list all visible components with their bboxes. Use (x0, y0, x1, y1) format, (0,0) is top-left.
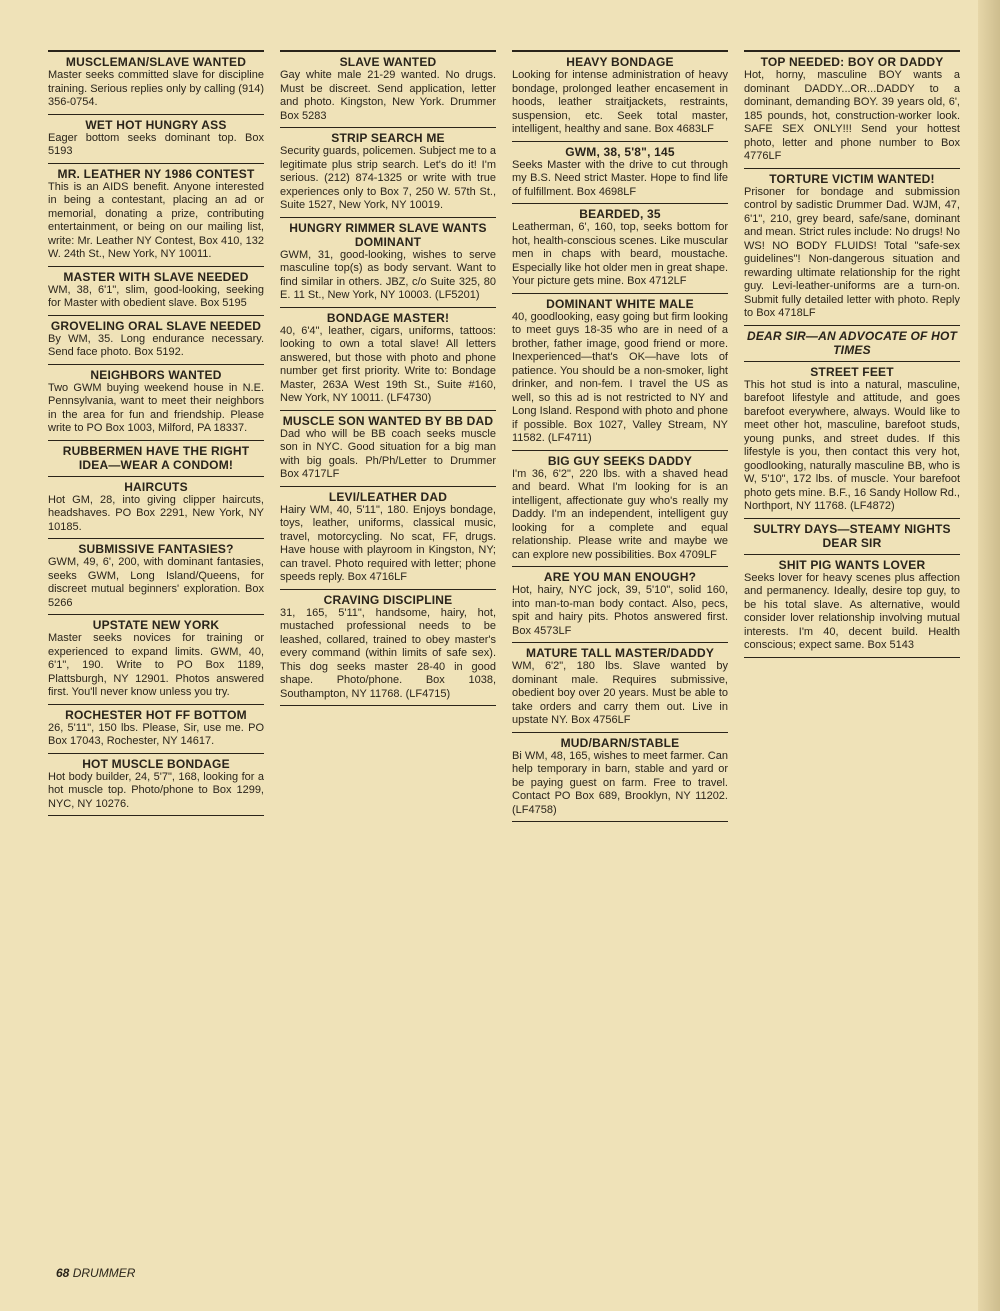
classified-ad: SHIT PIG WANTS LOVERSeeks lover for heav… (744, 555, 960, 658)
classified-ad: STREET FEETThis hot stud is into a natur… (744, 362, 960, 519)
ad-heading: MUSCLE SON WANTED BY BB DAD (280, 414, 496, 428)
ad-heading: CRAVING DISCIPLINE (280, 593, 496, 607)
ad-heading: MR. LEATHER NY 1986 CONTEST (48, 167, 264, 181)
classified-ad: MATURE TALL MASTER/DADDYWM, 6'2", 180 lb… (512, 643, 728, 733)
classified-ad: MUD/BARN/STABLEBi WM, 48, 165, wishes to… (512, 733, 728, 823)
ad-heading: MUD/BARN/STABLE (512, 736, 728, 750)
ad-heading: DOMINANT WHITE MALE (512, 297, 728, 311)
classified-ad: GWM, 38, 5'8", 145Seeks Master with the … (512, 142, 728, 205)
ad-body: WM, 6'2", 180 lbs. Slave wanted by domin… (512, 660, 728, 728)
ad-heading: UPSTATE NEW YORK (48, 618, 264, 632)
ad-body: Gay white male 21-29 wanted. No drugs. M… (280, 69, 496, 123)
ad-heading: BEARDED, 35 (512, 207, 728, 221)
ad-heading: RUBBERMEN HAVE THE RIGHT IDEA—WEAR A CON… (48, 444, 264, 472)
ad-heading: STRIP SEARCH ME (280, 131, 496, 145)
classified-ad: ARE YOU MAN ENOUGH?Hot, hairy, NYC jock,… (512, 567, 728, 643)
ad-body: 40, goodlooking, easy going but firm loo… (512, 311, 728, 446)
ad-body: 40, 6'4", leather, cigars, uniforms, tat… (280, 325, 496, 406)
ad-heading: STREET FEET (744, 365, 960, 379)
classified-ad: MUSCLE SON WANTED BY BB DADDad who will … (280, 411, 496, 487)
ad-body: Master seeks committed slave for discipl… (48, 69, 264, 110)
classified-ad: TOP NEEDED: BOY OR DADDYHot, horny, masc… (744, 52, 960, 169)
ad-body: WM, 38, 6'1", slim, good-looking, seekin… (48, 284, 264, 311)
ad-body: Two GWM buying weekend house in N.E. Pen… (48, 382, 264, 436)
ad-heading: TORTURE VICTIM WANTED! (744, 172, 960, 186)
ad-body: By WM, 35. Long endurance necessary. Sen… (48, 333, 264, 360)
ad-heading: NEIGHBORS WANTED (48, 368, 264, 382)
ad-heading: BONDAGE MASTER! (280, 311, 496, 325)
ad-heading: LEVI/LEATHER DAD (280, 490, 496, 504)
classifieds-columns: MUSCLEMAN/SLAVE WANTEDMaster seeks commi… (48, 50, 960, 822)
classified-ad: CRAVING DISCIPLINE31, 165, 5'11", handso… (280, 590, 496, 707)
ad-body: I'm 36, 6'2", 220 lbs. with a shaved hea… (512, 468, 728, 563)
classified-ad: BIG GUY SEEKS DADDYI'm 36, 6'2", 220 lbs… (512, 451, 728, 568)
ad-body: GWM, 31, good-looking, wishes to serve m… (280, 249, 496, 303)
classified-ad: HOT MUSCLE BONDAGEHot body builder, 24, … (48, 754, 264, 817)
ad-body: Leatherman, 6', 160, top, seeks bottom f… (512, 221, 728, 289)
ad-heading: HOT MUSCLE BONDAGE (48, 757, 264, 771)
ad-heading: SULTRY DAYS—STEAMY NIGHTS DEAR SIR (744, 522, 960, 550)
classified-ad: HEAVY BONDAGELooking for intense adminis… (512, 52, 728, 142)
ad-body: Hot body builder, 24, 5'7", 168, looking… (48, 771, 264, 812)
ad-body: This hot stud is into a natural, masculi… (744, 379, 960, 514)
classified-ad: ROCHESTER HOT FF BOTTOM26, 5'11", 150 lb… (48, 705, 264, 754)
ad-heading: TOP NEEDED: BOY OR DADDY (744, 55, 960, 69)
page-footer: 68 DRUMMER (56, 1266, 135, 1280)
ad-heading: WET HOT HUNGRY ASS (48, 118, 264, 132)
ad-body: Security guards, policemen. Subject me t… (280, 145, 496, 213)
ad-heading: DEAR SIR—AN ADVOCATE OF HOT TIMES (744, 329, 960, 357)
ad-body: 31, 165, 5'11", handsome, hairy, hot, mu… (280, 607, 496, 702)
classified-ad: NEIGHBORS WANTEDTwo GWM buying weekend h… (48, 365, 264, 441)
classified-ad: SUBMISSIVE FANTASIES?GWM, 49, 6', 200, w… (48, 539, 264, 615)
column-4: TOP NEEDED: BOY OR DADDYHot, horny, masc… (744, 50, 960, 822)
classified-ad: BONDAGE MASTER!40, 6'4", leather, cigars… (280, 308, 496, 411)
classified-ad: LEVI/LEATHER DADHairy WM, 40, 5'11", 180… (280, 487, 496, 590)
classified-ad: TORTURE VICTIM WANTED!Prisoner for bonda… (744, 169, 960, 326)
ad-body: GWM, 49, 6', 200, with dominant fantasie… (48, 556, 264, 610)
ad-body: Master seeks novices for training or exp… (48, 632, 264, 700)
ad-body: Hairy WM, 40, 5'11", 180. Enjoys bondage… (280, 504, 496, 585)
column-1: MUSCLEMAN/SLAVE WANTEDMaster seeks commi… (48, 50, 264, 822)
ad-heading: ROCHESTER HOT FF BOTTOM (48, 708, 264, 722)
classified-ad: MR. LEATHER NY 1986 CONTESTThis is an AI… (48, 164, 264, 267)
ad-heading: HAIRCUTS (48, 480, 264, 494)
classified-ad: UPSTATE NEW YORKMaster seeks novices for… (48, 615, 264, 705)
page-number: 68 (56, 1266, 69, 1280)
classified-ad: STRIP SEARCH MESecurity guards, policeme… (280, 128, 496, 218)
ad-body: Looking for intense administration of he… (512, 69, 728, 137)
classified-ad: GROVELING ORAL SLAVE NEEDEDBy WM, 35. Lo… (48, 316, 264, 365)
ad-body: Dad who will be BB coach seeks muscle so… (280, 428, 496, 482)
classified-ad: DOMINANT WHITE MALE40, goodlooking, easy… (512, 294, 728, 451)
classified-ad: SLAVE WANTEDGay white male 21-29 wanted.… (280, 52, 496, 128)
ad-body: Hot, hairy, NYC jock, 39, 5'10", solid 1… (512, 584, 728, 638)
ad-heading: SLAVE WANTED (280, 55, 496, 69)
classified-ad: DEAR SIR—AN ADVOCATE OF HOT TIMES (744, 326, 960, 362)
ad-body: Prisoner for bondage and submission cont… (744, 186, 960, 321)
ad-heading: HEAVY BONDAGE (512, 55, 728, 69)
ad-heading: HUNGRY RIMMER SLAVE WANTS DOMINANT (280, 221, 496, 249)
ad-heading: SUBMISSIVE FANTASIES? (48, 542, 264, 556)
ad-heading: ARE YOU MAN ENOUGH? (512, 570, 728, 584)
ad-body: 26, 5'11", 150 lbs. Please, Sir, use me.… (48, 722, 264, 749)
classified-ad: RUBBERMEN HAVE THE RIGHT IDEA—WEAR A CON… (48, 441, 264, 477)
classified-ad: MASTER WITH SLAVE NEEDEDWM, 38, 6'1", sl… (48, 267, 264, 316)
classified-ad: WET HOT HUNGRY ASSEager bottom seeks dom… (48, 115, 264, 164)
classified-ad: SULTRY DAYS—STEAMY NIGHTS DEAR SIR (744, 519, 960, 555)
ad-heading: MASTER WITH SLAVE NEEDED (48, 270, 264, 284)
ad-heading: BIG GUY SEEKS DADDY (512, 454, 728, 468)
ad-heading: SHIT PIG WANTS LOVER (744, 558, 960, 572)
ad-body: Hot GM, 28, into giving clipper haircuts… (48, 494, 264, 535)
classified-ad: BEARDED, 35Leatherman, 6', 160, top, see… (512, 204, 728, 294)
page-edge (978, 0, 1000, 1311)
ad-body: Hot, horny, masculine BOY wants a domina… (744, 69, 960, 164)
ad-body: Seeks lover for heavy scenes plus affect… (744, 572, 960, 653)
classified-ad: HAIRCUTSHot GM, 28, into giving clipper … (48, 477, 264, 540)
publication-name: DRUMMER (73, 1266, 136, 1280)
column-3: HEAVY BONDAGELooking for intense adminis… (512, 50, 728, 822)
classified-ad: MUSCLEMAN/SLAVE WANTEDMaster seeks commi… (48, 52, 264, 115)
ad-body: Bi WM, 48, 165, wishes to meet farmer. C… (512, 750, 728, 818)
ad-body: This is an AIDS benefit. Anyone interest… (48, 181, 264, 262)
ad-body: Eager bottom seeks dominant top. Box 519… (48, 132, 264, 159)
ad-heading: MUSCLEMAN/SLAVE WANTED (48, 55, 264, 69)
ad-heading: GROVELING ORAL SLAVE NEEDED (48, 319, 264, 333)
classified-ad: HUNGRY RIMMER SLAVE WANTS DOMINANTGWM, 3… (280, 218, 496, 308)
column-2: SLAVE WANTEDGay white male 21-29 wanted.… (280, 50, 496, 822)
ad-body: Seeks Master with the drive to cut throu… (512, 159, 728, 200)
ad-heading: GWM, 38, 5'8", 145 (512, 145, 728, 159)
ad-heading: MATURE TALL MASTER/DADDY (512, 646, 728, 660)
